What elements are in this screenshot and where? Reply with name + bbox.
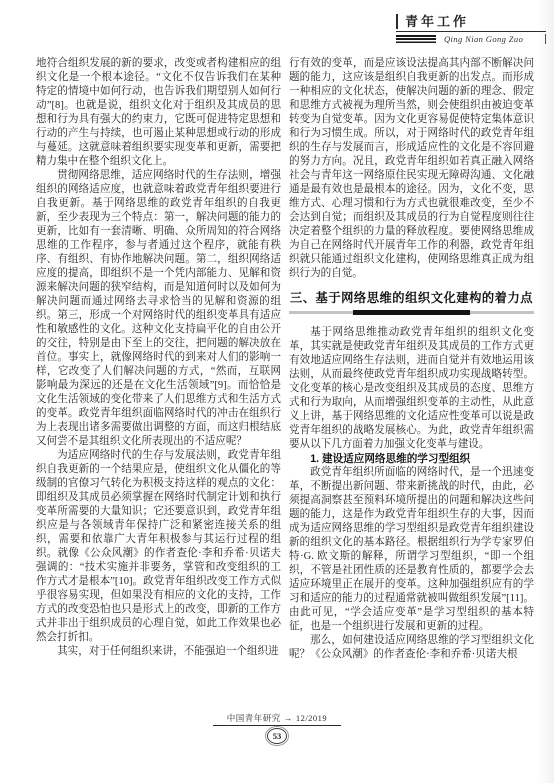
right-column: 行有效的变革，而是应该设法提高其内部不断解决问题的能力，这应该是组织自我更新的出… xyxy=(289,57,534,662)
running-head-rule: Qing Nian Gong Zuo xyxy=(396,31,546,44)
left-column: 地符合组织发展的新的要求，改变或者构建相应的组织文化是一个根本途径。“文化不仅告… xyxy=(36,57,281,662)
article-body: 地符合组织发展的新的要求，改变或者构建相应的组织文化是一个根本途径。“文化不仅告… xyxy=(36,57,534,662)
journal-name: 中国青年研究 xyxy=(227,713,281,723)
issue-number: 12/2019 xyxy=(296,713,327,723)
body-paragraph: 贯彻网络思维，适应网络时代的生存法则，增强组织的网络适应度，也就意味着政党青年组… xyxy=(36,169,281,449)
body-paragraph: 其实，对于任何组织来讲，不能强迫一个组织进 xyxy=(36,645,281,659)
section-heading-rule xyxy=(289,310,534,316)
body-paragraph: 地符合组织发展的新的要求，改变或者构建相应的组织文化是一个根本途径。“文化不仅告… xyxy=(36,57,281,169)
journal-page: 青年工作 Qing Nian Gong Zuo 地符合组织发展的新的要求，改变或… xyxy=(0,0,554,783)
page-number-badge: 53 xyxy=(267,728,287,744)
section-heading: 三、基于网络思维的组织文化建构的着力点 xyxy=(289,290,534,307)
running-head: 青年工作 Qing Nian Gong Zuo xyxy=(396,14,546,44)
running-head-pinyin: Qing Nian Gong Zuo xyxy=(444,34,545,44)
body-paragraph: 基于网络思维推动政党青年组织的组织文化变革，其实就是使政党青年组织及其成员的工作… xyxy=(289,326,534,452)
body-paragraph: 行有效的变革，而是应该设法提高其内部不断解决问题的能力，这应该是组织自我更新的出… xyxy=(289,57,534,281)
sub-heading: 1. 建设适应网络思维的学习型组织 xyxy=(289,452,534,466)
body-paragraph: 为适应网络时代的生存与发展法则，政党青年组织自我更新的一个结果应是，使组织文化从… xyxy=(36,449,281,645)
body-paragraph: 那么，如何建设适应网络思维的学习型组织文化呢？《公众风潮》的作者查伦·李和乔希·… xyxy=(289,634,534,662)
heading-rule-black-bar xyxy=(353,310,471,315)
rule-end-tick xyxy=(545,34,546,44)
running-head-title: 青年工作 xyxy=(396,14,546,29)
page-footer: 中国青年研究→12/2019 53 xyxy=(0,708,554,744)
footer-arrow: → xyxy=(284,713,293,723)
triple-bars-decoration xyxy=(396,35,436,43)
body-paragraph: 政党青年组织所面临的网络时代，是一个迅速变革，不断提出新问题、带来新挑战的时代，… xyxy=(289,466,534,634)
journal-issue-line: 中国青年研究→12/2019 xyxy=(213,712,341,726)
